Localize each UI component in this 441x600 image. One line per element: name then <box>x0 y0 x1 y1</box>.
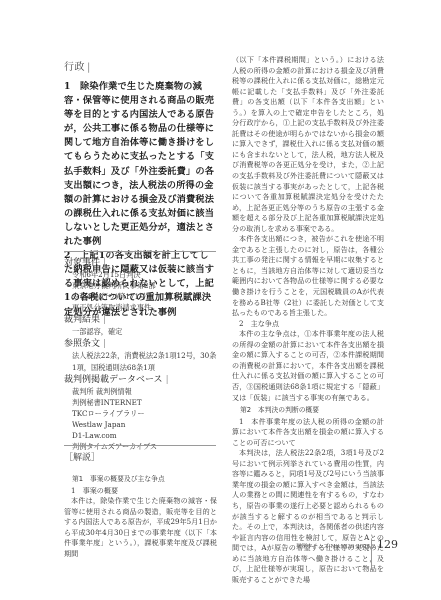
section-heading: 参照条文| <box>64 338 217 350</box>
section-heading: 第2 本判決の判断の概要 <box>232 405 384 416</box>
case-info-item: Westlaw Japan <box>64 419 217 430</box>
case-info-item: TKCローライブラリー <box>64 408 217 419</box>
case-info-item: 判例秘書INTERNET <box>64 397 217 408</box>
footer-separator <box>371 540 372 570</box>
journal-footer: 判例タイムズ No.1539 2026.2 <box>296 542 375 550</box>
case-info-section-databases: 裁判例掲載データベース| 裁判所 裁判例情報 判例秘書INTERNET TKCロ… <box>64 374 217 453</box>
paragraph: 本件は，除染作業で生じた廃棄物の減容・保管等に使用される商品の製造，販売等を目的… <box>64 496 217 559</box>
commentary-left-column: 第1 事案の概要及び主な争点 1 事案の概要 本件は，除染作業で生じた廃棄物の減… <box>64 472 217 559</box>
category-label: 行政| <box>64 58 91 73</box>
section-heading: 第1 事案の概要及び主な争点 <box>64 474 217 485</box>
paragraph: 1 本件事業年度の法人税の所得の金額の計算において本件各支出額を損金の額に算入す… <box>232 417 384 449</box>
case-info-item: 一部認容，確定 <box>64 326 217 337</box>
case-info-item: 裁判所 裁判例情報 <box>64 386 217 397</box>
holding-point-1: 1 除染作業で生じた廃棄物の減容・保管等に使用される商品の販売等を目的とする内国… <box>64 80 217 249</box>
divider-bottom <box>64 445 216 446</box>
paragraph: 本件の主な争点は，①本件事業年度の法人税の所得の金額の計算において本件各支出額を… <box>232 329 384 403</box>
case-info-item: 令和4年(行ウ)第171号 <box>64 291 217 302</box>
paragraph: 本件各支出額につき，被告がこれを使途不明金であると主張したのに対し，原告は，各種… <box>232 234 384 318</box>
section-heading: 裁判結果| <box>64 314 217 326</box>
commentary-label: ［解説］ <box>64 450 100 463</box>
paragraph: 本判決は，法人税法22条2項，3項1号及び2号において例示列挙されている費用の性… <box>232 448 384 585</box>
category-text: 行政 <box>64 62 85 73</box>
subsection-heading: 1 事案の概要 <box>64 486 217 497</box>
page-number: 129 <box>377 538 398 551</box>
case-info-section-target: 対象事件| 令和6年2月15日判決 東京地方裁判所民事第2部 令和4年(行ウ)第… <box>64 257 217 313</box>
case-info: 対象事件| 令和6年2月15日判決 東京地方裁判所民事第2部 令和4年(行ウ)第… <box>64 256 217 452</box>
case-info-section-statutes: 参照条文| 法人税法22条，消費税法2条1項12号，30条1項，国税通則法68条… <box>64 338 217 372</box>
case-info-item: 東京地方裁判所民事第2部 <box>64 280 217 291</box>
case-info-item: 法人税法22条，消費税法2条1項12号，30条1項，国税通則法68条1項 <box>64 350 217 372</box>
divider-top <box>64 251 216 252</box>
case-info-section-result: 裁判結果| 一部認容，確定 <box>64 314 217 337</box>
subsection-heading: 2 主な争点 <box>232 319 384 330</box>
case-info-item: D1-Law.com <box>64 430 217 441</box>
section-heading: 裁判例掲載データベース| <box>64 374 217 386</box>
case-info-item: 令和6年2月15日判決 <box>64 269 217 280</box>
case-info-item: 更正処分等取消請求事件 <box>64 302 217 313</box>
category-separator: | <box>87 62 91 73</box>
paragraph: （以下「本件課税期間」という。）における法人税の所得の金額の計算における損金及び… <box>232 55 384 234</box>
section-heading: 対象事件| <box>64 257 217 269</box>
commentary-right-column: （以下「本件課税期間」という。）における法人税の所得の金額の計算における損金及び… <box>232 55 384 585</box>
